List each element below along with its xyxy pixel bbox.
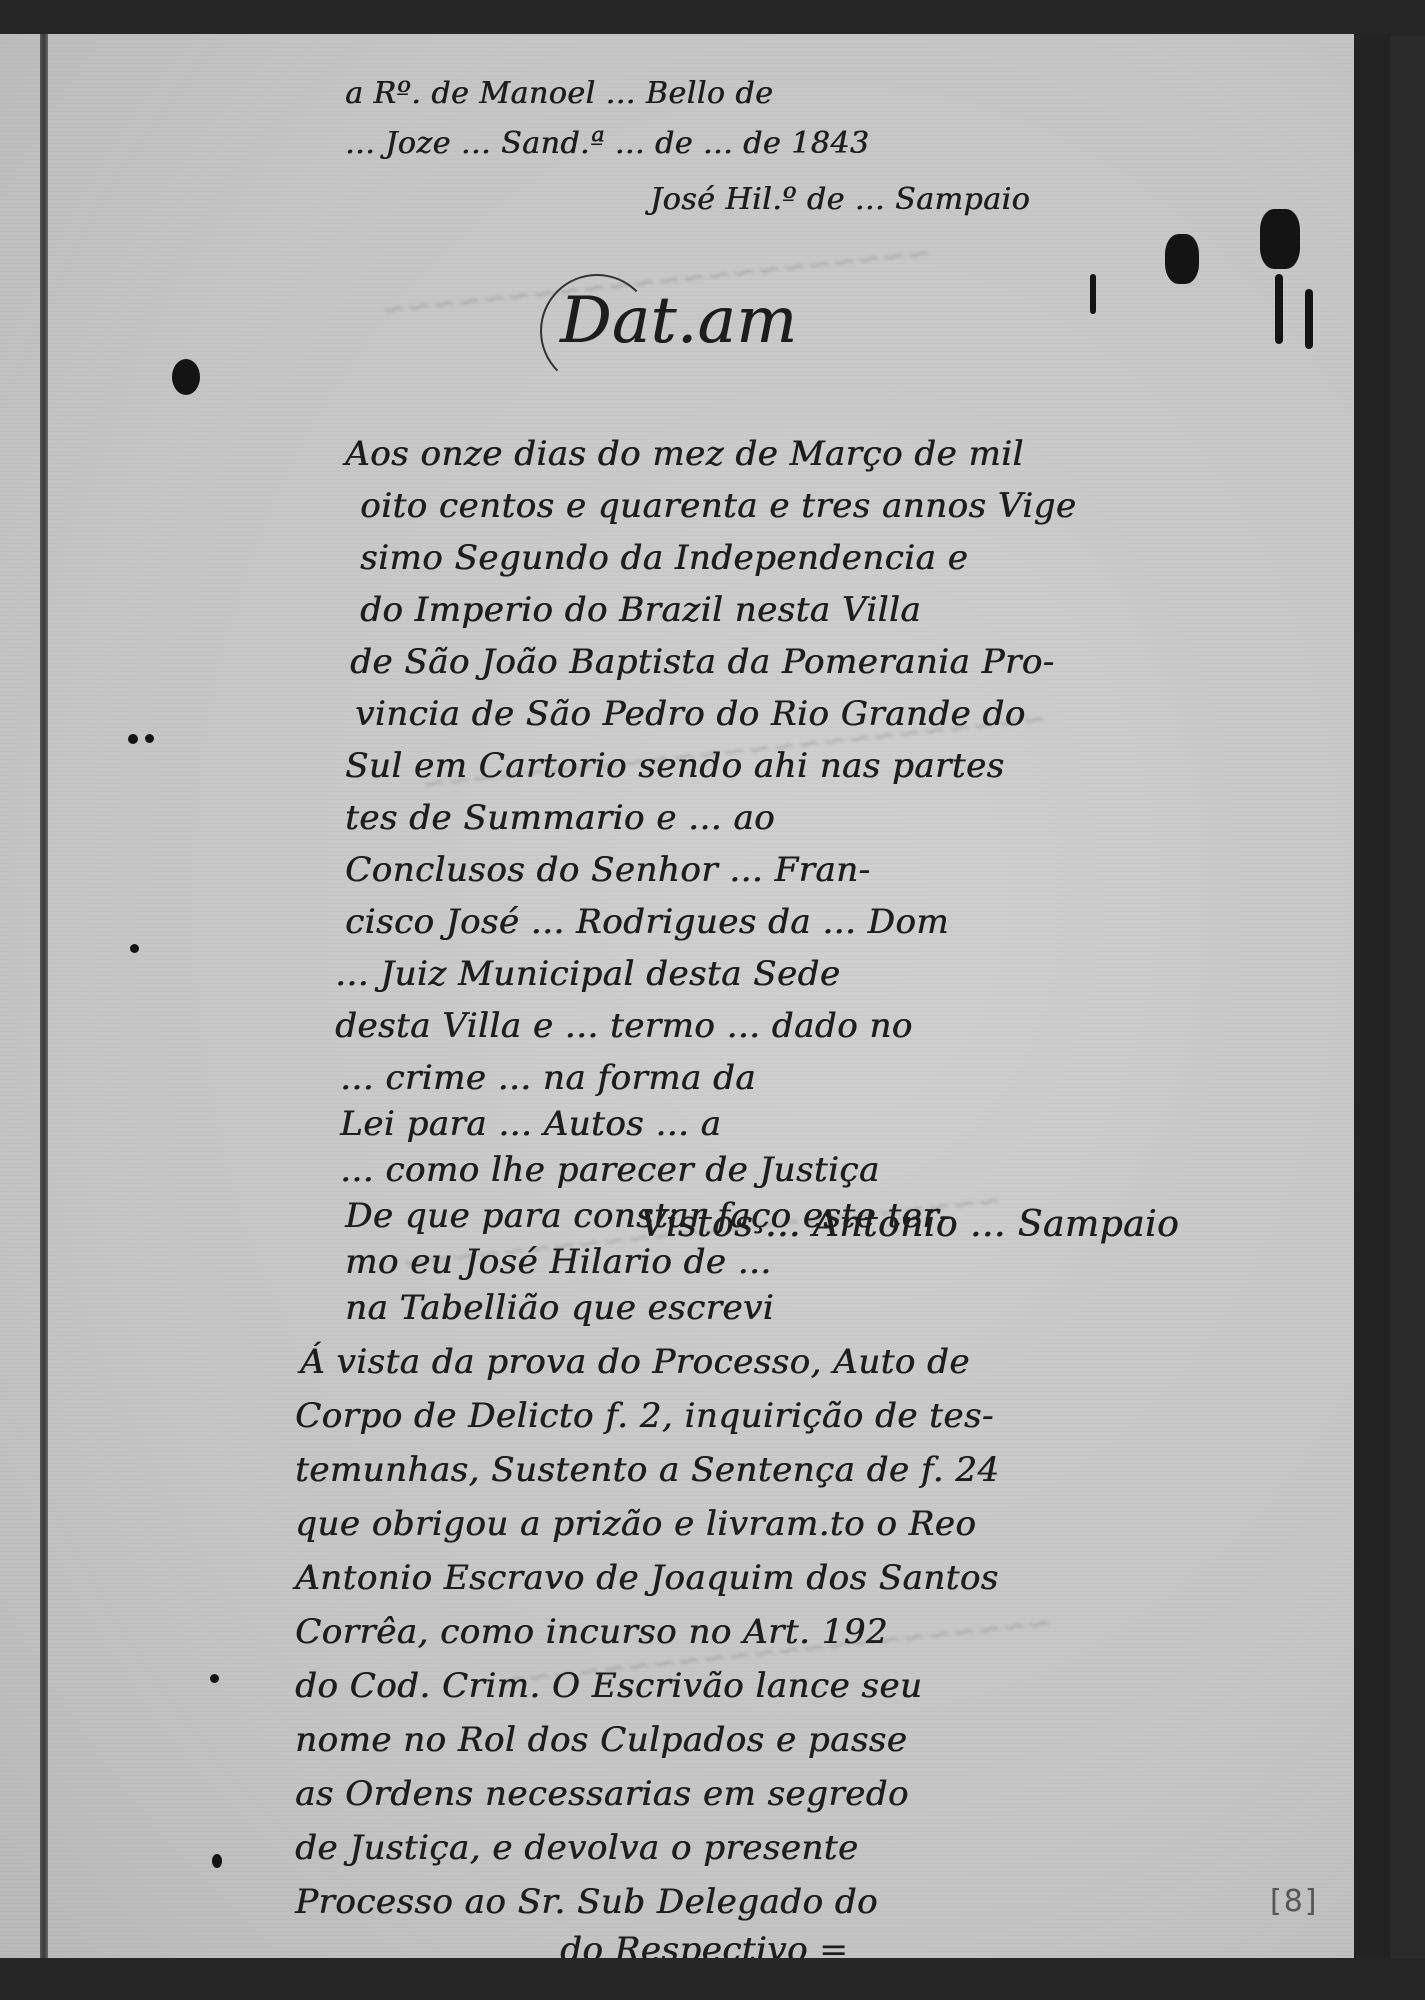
text-line: que obrigou a prizão e livram.to o Reo: [295, 1504, 976, 1544]
ink-blot: [1275, 274, 1283, 344]
text-line: Corrêa, como incurso no Art. 192: [295, 1612, 888, 1652]
page-right-edge: [1354, 34, 1390, 1960]
text-line: cisco José ... Rodrigues da ... Dom: [345, 902, 949, 942]
text-line: na Tabellião que escrevi: [345, 1288, 774, 1328]
text-line: Conclusos do Senhor ... Fran-: [345, 850, 870, 890]
ink-blot: [128, 734, 138, 744]
ink-blot: [210, 1674, 219, 1683]
text-line: ... como lhe parecer de Justiça: [340, 1150, 880, 1190]
scanner-top-margin: [0, 0, 1425, 36]
text-line: Antonio Escravo de Joaquim dos Santos: [295, 1558, 999, 1598]
heading-flourish: [540, 274, 654, 388]
text-line: do Imperio do Brazil nesta Villa: [360, 590, 921, 630]
scanner-bottom-margin: [0, 1958, 1425, 2000]
text-line: Á vista da prova do Processo, Auto de: [300, 1342, 970, 1382]
text-line: Corpo de Delicto f. 2, inquirição de tes…: [295, 1396, 994, 1436]
ink-blot: [1305, 289, 1313, 349]
text-line: do Cod. Crim. O Escrivão lance seu: [295, 1666, 922, 1706]
page-fold-line: [40, 34, 48, 1960]
text-line: ... crime ... na forma da: [340, 1058, 756, 1098]
text-line: Aos onze dias do mez de Março de mil: [345, 434, 1024, 474]
ink-blot: [172, 359, 200, 395]
text-line: Sul em Cartorio sendo ahi nas partes: [345, 746, 1004, 786]
text-line: vincia de São Pedro do Rio Grande do: [355, 694, 1026, 734]
text-line: mo eu José Hilario de ...: [345, 1242, 772, 1282]
text-line: ... Joze ... Sand.ª ... de ... de 1843: [345, 126, 869, 161]
text-line: de Justiça, e devolva o presente: [295, 1828, 858, 1868]
ink-blot: [145, 734, 154, 743]
manuscript-page: ~~~~~~~~~~~~~~~~~~~~~~ ~~~~~~~~~~~~~~~~~…: [0, 34, 1390, 1960]
text-line: desta Villa e ... termo ... dado no: [335, 1006, 913, 1046]
text-line: de São João Baptista da Pomerania Pro-: [350, 642, 1055, 682]
text-line: Processo ao Sr. Sub Delegado do: [295, 1882, 878, 1922]
ink-blot: [130, 944, 139, 953]
ink-blot: [1260, 209, 1300, 269]
document-scan: ~~~~~~~~~~~~~~~~~~~~~~ ~~~~~~~~~~~~~~~~~…: [0, 0, 1425, 2000]
text-line: ... Juiz Municipal desta Sede: [335, 954, 840, 994]
text-line: temunhas, Sustento a Sentença de f. 24: [295, 1450, 999, 1490]
text-line: nome no Rol dos Culpados e passe: [295, 1720, 907, 1760]
ink-blot: [1090, 274, 1096, 314]
signature: Vistos ... Antonio ... Sampaio: [640, 1204, 1179, 1245]
text-line: José Hil.º de ... Sampaio: [650, 182, 1030, 217]
archive-page-number: [8]: [1270, 1884, 1319, 1919]
text-line: oito centos e quarenta e tres annos Vige: [360, 486, 1076, 526]
text-line: tes de Summario e ... ao: [345, 798, 775, 838]
text-line: simo Segundo da Independencia e: [360, 538, 968, 578]
text-line: Lei para ... Autos ... a: [340, 1104, 721, 1144]
text-line: as Ordens necessarias em segredo: [295, 1774, 909, 1814]
text-line: a Rº. de Manoel ... Bello de: [345, 76, 773, 111]
ink-blot: [1165, 234, 1199, 284]
ink-blot: [212, 1854, 222, 1868]
